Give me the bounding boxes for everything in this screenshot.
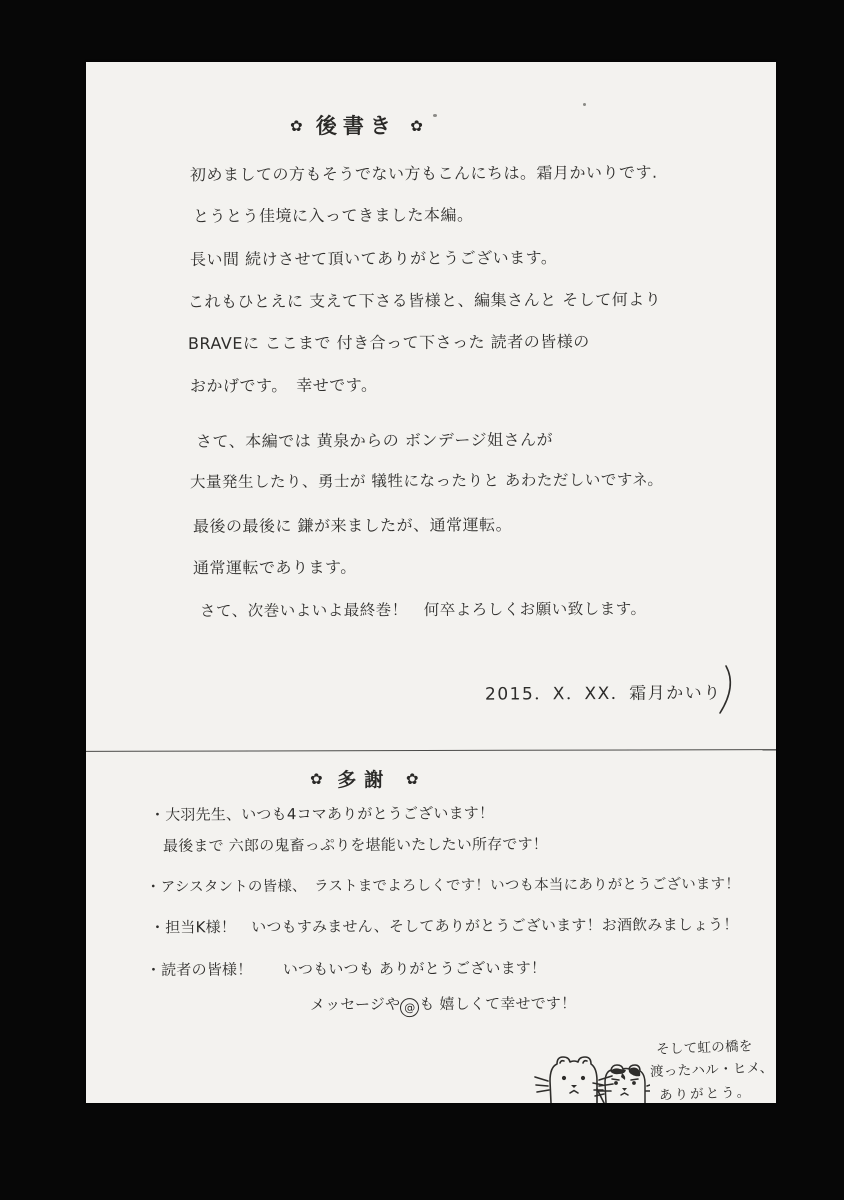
flower-decoration-icon: ✿ — [406, 770, 419, 788]
dust-speck — [583, 103, 586, 106]
afterword-heading: ✿ 後書き ✿ — [290, 110, 423, 140]
thanks-item-line: ・大羽先生、いつも4コマありがとうございます！ — [150, 802, 494, 825]
handwritten-line: 長い間 続けさせて頂いてありがとうございます。 — [190, 245, 557, 270]
flower-decoration-icon: ✿ — [310, 770, 323, 788]
note-line: 渡ったハル・ヒメ、 — [650, 1056, 774, 1080]
handwritten-line: 通常運転であります。 — [193, 555, 357, 579]
handwritten-line: 最後の最後に 鎌が来ましたが、通常運転。 — [193, 512, 512, 537]
handwritten-line: とうとう佳境に入ってきました本編。 — [193, 202, 474, 226]
handwritten-line: これもひとえに 支えて下さる皆様と、編集さんと そして何より — [188, 287, 661, 312]
scan-background: ✿ 後書き ✿ 初めましての方もそうでない方もこんにちは。霜月かいりです. とう… — [0, 0, 844, 1200]
thanks-item-line: メッセージや@も 嬉しくて幸せです！ — [310, 992, 576, 1017]
thanks-heading: ✿ 多謝 ✿ — [310, 765, 418, 792]
thanks-item-line-text: も 嬉しくて幸せです！ — [419, 994, 576, 1013]
note-line: そして虹の橋を — [656, 1034, 753, 1057]
handwritten-line: おかげです。 幸せです。 — [190, 373, 378, 397]
flower-decoration-icon: ✿ — [290, 117, 303, 135]
handwritten-line: さて、本編では 黄泉からの ボンデージ姐さんが — [196, 427, 553, 452]
note-line: ありがとう。 — [659, 1080, 753, 1103]
thanks-item-line: ・読者の皆様！ いつもいつも ありがとうございます！ — [146, 957, 546, 980]
thanks-heading-text: 多謝 — [337, 769, 391, 791]
signature-date-author: 2015．X．XX．霜月かいり — [485, 678, 722, 704]
circled-at-symbol: @ — [400, 998, 419, 1017]
flower-decoration-icon: ✿ — [410, 117, 423, 135]
calico-hamster-doodle-icon — [592, 1064, 650, 1103]
handwritten-line: さて、次巻いよいよ最終巻！ 何卒よろしくお願い致します。 — [200, 597, 647, 621]
thanks-item-line: ・担当K様！ いつもすみません、そしてありがとうございます！お酒飲みましょう！ — [150, 913, 739, 937]
thanks-item-line-text: メッセージや — [310, 995, 400, 1013]
section-divider — [86, 749, 776, 752]
handwritten-line: BRAVEに ここまで 付き合って下さった 読者の皆様の — [188, 329, 590, 354]
handwritten-line: 初めましての方もそうでない方もこんにちは。霜月かいりです. — [190, 160, 658, 185]
signature-flourish-stroke — [696, 662, 741, 717]
dust-speck — [433, 114, 437, 117]
afterword-page: ✿ 後書き ✿ 初めましての方もそうでない方もこんにちは。霜月かいりです. とう… — [86, 62, 776, 1103]
afterword-heading-text: 後書き — [316, 114, 397, 138]
thanks-item-line: ・アシスタントの皆様、 ラストまでよろしくです！いつも本当にありがとうございます… — [146, 872, 740, 896]
thanks-item-line: 最後まで 六郎の鬼畜っぷりを堪能いたしたい所存です！ — [163, 833, 548, 856]
handwritten-line: 大量発生したり、勇士が 犠牲になったりと あわただしいですネ。 — [190, 468, 663, 492]
